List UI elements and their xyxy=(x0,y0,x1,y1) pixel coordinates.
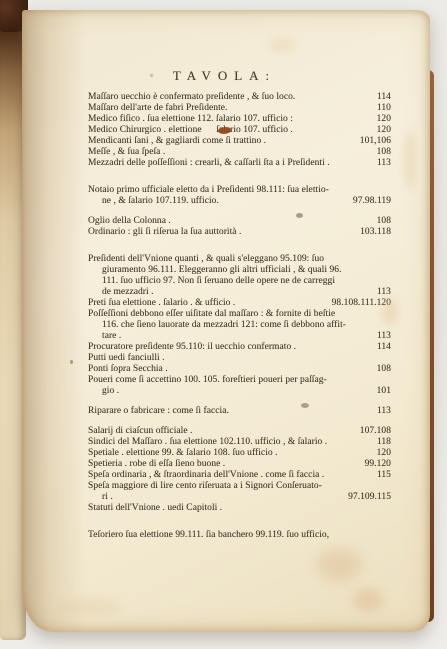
toc-line: tare .113 xyxy=(88,331,391,342)
toc-line: Medico Chirurgico . elettione ſalario 10… xyxy=(88,125,391,136)
toc-page-number: 97.109.115 xyxy=(342,492,391,503)
toc-line: de mezzadri .113 xyxy=(88,287,391,298)
toc-page-number xyxy=(385,481,391,492)
toc-line: Sindici del Maſſaro . ſua elettione 102.… xyxy=(88,437,391,448)
toc-entry-text: ri . xyxy=(88,492,342,503)
toc-page-number xyxy=(385,309,391,320)
toc-line: giuramento 96.111. Eleggeranno gli altri… xyxy=(88,265,391,276)
toc-line: Preti ſua elettione . ſalario . & uffici… xyxy=(88,298,391,309)
toc-entry-text: Ponti ſopra Secchia . xyxy=(88,364,371,375)
toc-page-number: 114 xyxy=(371,92,391,103)
toc-entry-text: Poueri come ſi accettino 100. 105. foreſ… xyxy=(88,375,385,386)
toc-entry-text: Medico Chirurgico . elettione ſalario 10… xyxy=(88,125,371,136)
toc-entry-text: Meſſe , & ſua ſpeſa . xyxy=(88,147,371,158)
toc-line: gio .101 xyxy=(88,386,391,397)
toc-line: ne , & ſalario 107.119. ufficio.97.98.11… xyxy=(88,196,391,207)
toc-entry-text: Ordinario : gli ſi riſerua la ſua auttor… xyxy=(88,227,354,238)
toc-page-number: 114 xyxy=(371,342,391,353)
toc-entry-text: Salarij di ciaſcun officiale . xyxy=(88,426,354,437)
toc-line: Speſa maggiore di lire cento riſeruata a… xyxy=(88,481,391,492)
toc-entry-text: ne , & ſalario 107.119. ufficio. xyxy=(88,196,347,207)
toc-page-number: 120 xyxy=(371,125,391,136)
toc-page-number: 101 xyxy=(371,386,391,397)
toc-entry-text: Riparare o fabricare : come ſi faccia. xyxy=(88,406,371,417)
toc-entry-text: de mezzadri . xyxy=(88,287,371,298)
toc-page-number: 101,106 xyxy=(354,136,391,147)
toc-page-number: 98.108.111.120 xyxy=(326,298,391,309)
toc-page-number: 108 xyxy=(371,147,391,158)
toc-entry-text: Speſa ordinaria , & ſtraordinaria dell'V… xyxy=(88,470,371,481)
toc-line: Putti uedi fanciulli . xyxy=(88,353,391,364)
toc-line: Maſſaro uecchio è confermato preſidente … xyxy=(88,92,391,103)
toc-line: Statuti dell'Vnione . uedi Capitoli . xyxy=(88,503,391,514)
toc-page-number xyxy=(385,185,391,196)
toc-line: Ponti ſopra Secchia .108 xyxy=(88,364,391,375)
book-photo: TAVOLA: Maſſaro uecchio è confermato pre… xyxy=(0,0,447,649)
toc-entry-text: Preti ſua elettione . ſalario . & uffici… xyxy=(88,298,326,309)
toc-entry-text: giuramento 96.111. Eleggeranno gli altri… xyxy=(88,265,385,276)
toc-entry-text: tare . xyxy=(88,331,371,342)
toc-page-number xyxy=(385,503,391,514)
toc-page-number: 107.108 xyxy=(354,426,391,437)
book-page: TAVOLA: Maſſaro uecchio è confermato pre… xyxy=(22,10,430,632)
toc-entry-text: Spetiale . elettione 99. & ſalario 108. … xyxy=(88,448,371,459)
toc-line: Spetieria . robe di eſſa ſieno buone .99… xyxy=(88,459,391,470)
toc-line: ri .97.109.115 xyxy=(88,492,391,503)
toc-page-number: 99.120 xyxy=(359,459,391,470)
toc-line: Riparare o fabricare : come ſi faccia.11… xyxy=(88,406,391,417)
toc-line: 111. ſuo ufficio 97. Non ſi ſeruano dell… xyxy=(88,276,391,287)
toc-entry-text: Teſoriero ſua elettione 99.111. ſia banc… xyxy=(88,530,385,541)
toc-page-number: 113 xyxy=(371,158,391,169)
toc-line: Preſidenti dell'Vnione quanti , & quali … xyxy=(88,254,391,265)
toc-line: Poſſeſſioni debbono eſſer uiſitate dal m… xyxy=(88,309,391,320)
toc-page-number: 115 xyxy=(371,470,391,481)
toc-line: Teſoriero ſua elettione 99.111. ſia banc… xyxy=(88,530,391,541)
toc-entry-text: 111. ſuo ufficio 97. Non ſi ſeruano dell… xyxy=(88,276,385,287)
toc-line: Ordinario : gli ſi riſerua la ſua auttor… xyxy=(88,227,391,238)
toc-line: Mendicanti ſani , & gagliardi come ſi tr… xyxy=(88,136,391,147)
toc-entry-text: Preſidenti dell'Vnione quanti , & quali … xyxy=(88,254,385,265)
toc-page-number xyxy=(385,375,391,386)
toc-page-number: 103.118 xyxy=(354,227,391,238)
toc-line: Meſſe , & ſua ſpeſa .108 xyxy=(88,147,391,158)
toc-page-number xyxy=(385,320,391,331)
toc-page-number xyxy=(385,530,391,541)
toc-entry-text: Mendicanti ſani , & gagliardi come ſi tr… xyxy=(88,136,354,147)
toc-entry-text: Putti uedi fanciulli . xyxy=(88,353,385,364)
toc-entry-text: Procuratore preſidente 95.110: il uecchi… xyxy=(88,342,371,353)
toc-entry-text: Statuti dell'Vnione . uedi Capitoli . xyxy=(88,503,385,514)
table-of-contents: TAVOLA: Maſſaro uecchio è confermato pre… xyxy=(88,69,391,541)
toc-line: Spetiale . elettione 99. & ſalario 108. … xyxy=(88,448,391,459)
toc-entry-text: Medico fiſico . ſua elettione 112. ſalar… xyxy=(88,114,371,125)
toc-page-number: 113 xyxy=(371,406,391,417)
toc-entry-text: Maſſaro dell'arte de fabri Preſidente. xyxy=(88,103,371,114)
toc-page-number: 110 xyxy=(371,103,391,114)
toc-entry-text: gio . xyxy=(88,386,371,397)
toc-page-number: 113 xyxy=(371,287,391,298)
page-title: TAVOLA: xyxy=(88,69,361,83)
toc-page-number: 113 xyxy=(371,331,391,342)
toc-line: Procuratore preſidente 95.110: il uecchi… xyxy=(88,342,391,353)
toc-line: Salarij di ciaſcun officiale .107.108 xyxy=(88,426,391,437)
toc-page-number xyxy=(385,254,391,265)
toc-page-number: 120 xyxy=(371,114,391,125)
page-gutter-shadow xyxy=(22,10,86,632)
toc-page-number: 108 xyxy=(371,364,391,375)
toc-page-number xyxy=(385,353,391,364)
toc-entry-text: Mezzadri delle poſſeſſioni : crearli, & … xyxy=(88,158,371,169)
toc-entry-text: Poſſeſſioni debbono eſſer uiſitate dal m… xyxy=(88,309,385,320)
toc-line: Medico fiſico . ſua elettione 112. ſalar… xyxy=(88,114,391,125)
toc-entry-text: Oglio della Colonna . xyxy=(88,216,371,227)
toc-page-number xyxy=(385,265,391,276)
toc-entry-text: 116. che ſieno lauorate da mezzadri 121:… xyxy=(88,320,385,331)
toc-line: Speſa ordinaria , & ſtraordinaria dell'V… xyxy=(88,470,391,481)
toc-entry-text: Spetieria . robe di eſſa ſieno buone . xyxy=(88,459,359,470)
toc-page-number xyxy=(385,276,391,287)
toc-line: Poueri come ſi accettino 100. 105. foreſ… xyxy=(88,375,391,386)
toc-line: Maſſaro dell'arte de fabri Preſidente.11… xyxy=(88,103,391,114)
toc-line: Oglio della Colonna .108 xyxy=(88,216,391,227)
toc-entry-text: Maſſaro uecchio è confermato preſidente … xyxy=(88,92,371,103)
toc-line: Notaio primo ufficiale eletto da i Preſi… xyxy=(88,185,391,196)
toc-line: 116. che ſieno lauorate da mezzadri 121:… xyxy=(88,320,391,331)
toc-entry-text: Notaio primo ufficiale eletto da i Preſi… xyxy=(88,185,385,196)
toc-entry-text: Speſa maggiore di lire cento riſeruata a… xyxy=(88,481,385,492)
toc-page-number: 118 xyxy=(371,437,391,448)
toc-lines: Maſſaro uecchio è confermato preſidente … xyxy=(88,92,391,541)
toc-page-number: 120 xyxy=(371,448,391,459)
toc-line: Mezzadri delle poſſeſſioni : crearli, & … xyxy=(88,158,391,169)
toc-page-number: 108 xyxy=(371,216,391,227)
toc-entry-text: Sindici del Maſſaro . ſua elettione 102.… xyxy=(88,437,371,448)
toc-page-number: 97.98.119 xyxy=(347,196,391,207)
